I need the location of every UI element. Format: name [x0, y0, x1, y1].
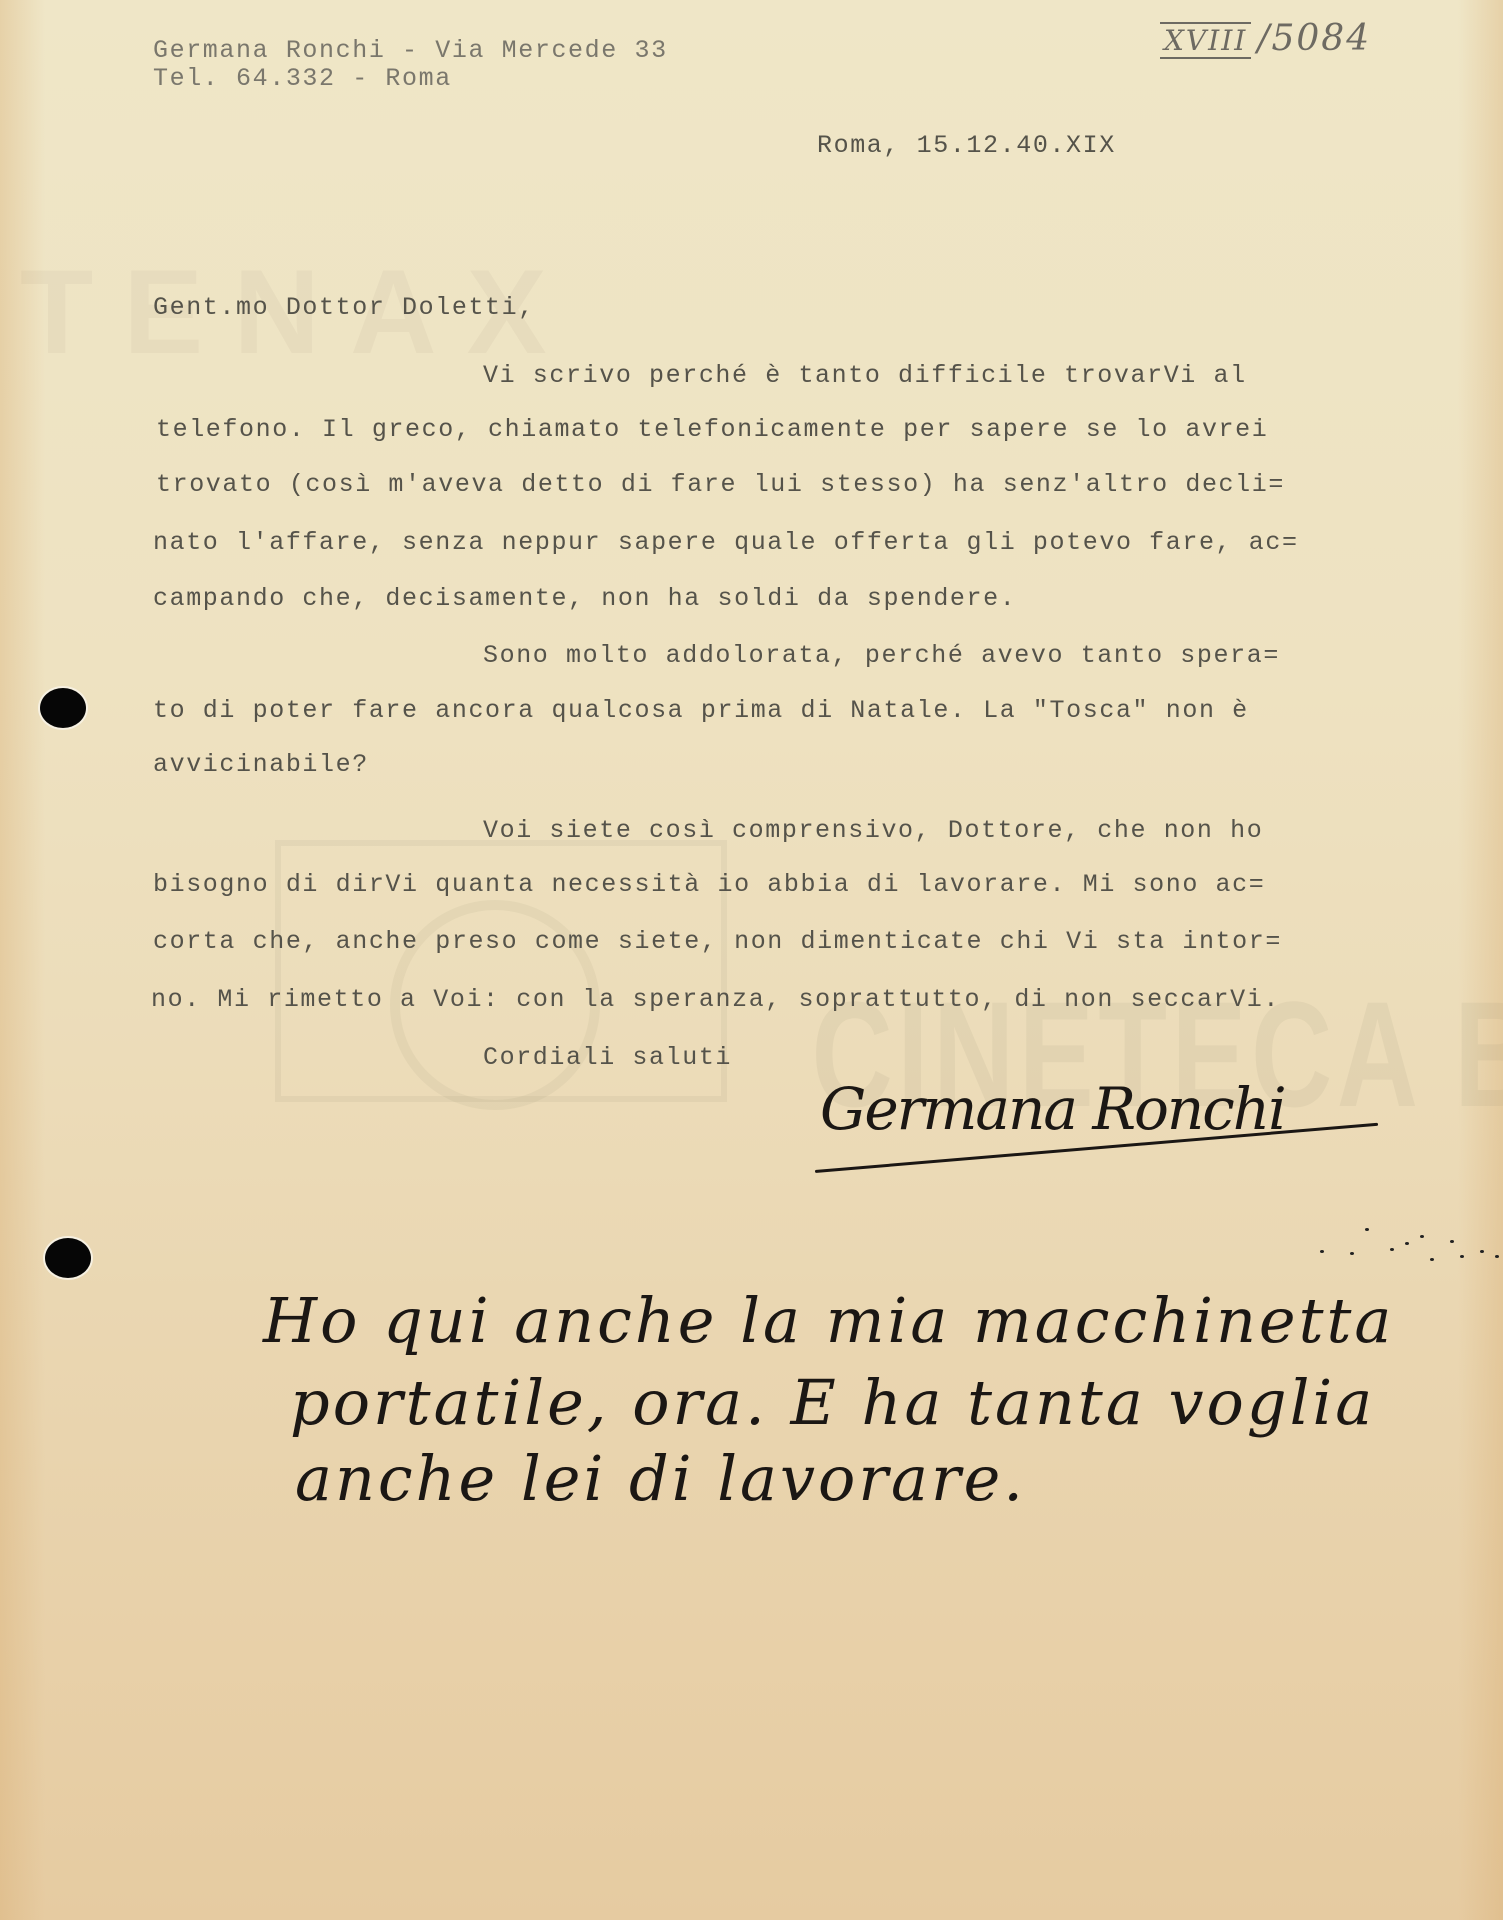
- postscript-line: anche lei di lavorare.: [295, 1448, 1026, 1510]
- archive-slash: /: [1257, 18, 1271, 59]
- body-line: Sono molto addolorata, perché avevo tant…: [483, 643, 1280, 668]
- body-line: corta che, anche preso come siete, non d…: [153, 929, 1282, 954]
- body-line: Voi siete così comprensivo, Dottore, che…: [483, 818, 1263, 843]
- body-line: campando che, decisamente, non ha soldi …: [153, 586, 1016, 611]
- body-line: Vi scrivo perché è tanto difficile trova…: [483, 363, 1247, 388]
- body-line: no. Mi rimetto a Voi: con la speranza, s…: [151, 987, 1280, 1012]
- archive-roman-numeral: XVIII: [1160, 22, 1251, 59]
- body-line: nato l'affare, senza neppur sapere quale…: [153, 530, 1299, 555]
- body-line: avvicinabile?: [153, 752, 369, 777]
- closing: Cordiali saluti: [483, 1045, 732, 1070]
- punch-hole: [40, 688, 86, 728]
- punch-hole: [45, 1238, 91, 1278]
- body-line: telefono. Il greco, chiamato telefonicam…: [156, 417, 1268, 442]
- ink-specks: [1310, 1220, 1500, 1280]
- body-line: trovato (così m'aveva detto di fare lui …: [156, 472, 1285, 497]
- postscript-line: portatile, ora. E ha tanta voglia: [290, 1372, 1375, 1434]
- handwritten-signature: Germana Ronchi: [820, 1080, 1285, 1138]
- archive-mark: XVIII/5084: [1160, 18, 1371, 59]
- archive-number: 5084: [1271, 18, 1371, 59]
- letterhead-name-address: Germana Ronchi - Via Mercede 33: [153, 38, 668, 63]
- dateline: Roma, 15.12.40.XIX: [817, 133, 1116, 158]
- letterhead-phone: Tel. 64.332 - Roma: [153, 66, 452, 91]
- body-line: to di poter fare ancora qualcosa prima d…: [153, 698, 1249, 723]
- body-line: bisogno di dirVi quanta necessità io abb…: [153, 872, 1265, 897]
- salutation: Gent.mo Dottor Doletti,: [153, 295, 535, 320]
- postscript-line: Ho qui anche la mia macchinetta: [263, 1290, 1394, 1352]
